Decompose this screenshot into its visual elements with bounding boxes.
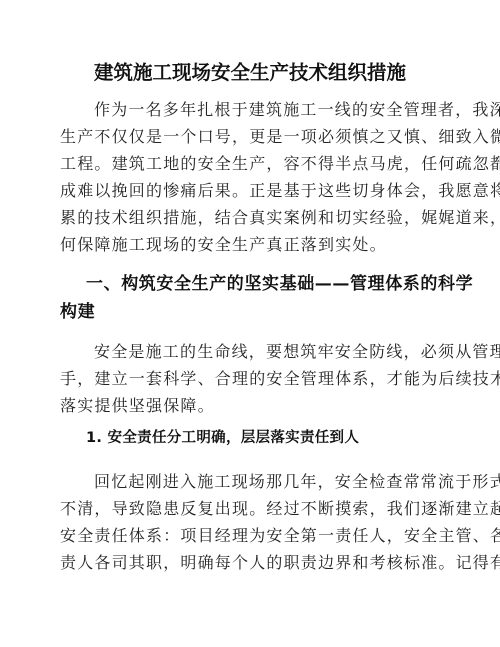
paragraph-line: 工程。建筑工地的安全生产，容不得半点马虎，任何疏忽都可能酿: [60, 154, 440, 174]
section-heading-line: 一、构筑安全生产的坚实基础——管理体系的科学: [86, 273, 473, 295]
paragraph-line: 不清，导致隐患反复出现。经过不断摸索，我们逐渐建立起清晰的: [60, 499, 440, 519]
paragraph-line: 回忆起刚进入施工现场那几年，安全检查常常流于形式，责任: [94, 472, 440, 492]
document-page: 建筑施工现场安全生产技术组织措施 作为一名多年扎根于建筑施工一线的安全管理者，我…: [0, 0, 500, 647]
subsection-heading: 1. 安全责任分工明确，层层落实责任到人: [86, 428, 359, 448]
paragraph-line: 安全责任体系：项目经理为安全第一责任人，安全主管、各工种负: [60, 526, 440, 546]
document-title: 建筑施工现场安全生产技术组织措施: [0, 59, 500, 87]
paragraph-line: 何保障施工现场的安全生产真正落到实处。: [60, 235, 440, 255]
paragraph-line: 落实提供坚强保障。: [60, 396, 440, 416]
paragraph-line: 作为一名多年扎根于建筑施工一线的安全管理者，我深知安全: [94, 100, 440, 120]
paragraph-line: 手，建立一套科学、合理的安全管理体系，才能为后续技术措施的: [60, 369, 440, 389]
section-heading-line: 构建: [60, 301, 95, 323]
paragraph-line: 安全是施工的生命线，要想筑牢安全防线，必须从管理体系入: [94, 342, 440, 362]
paragraph-line: 责人各司其职，明确每个人的职责边界和考核标准。记得有一次，: [60, 553, 440, 573]
paragraph-line: 成难以挽回的惨痛后果。正是基于这些切身体会，我愿意将多年积: [60, 181, 440, 201]
paragraph-line: 生产不仅仅是一个口号，更是一项必须慎之又慎、细致入微的系统: [60, 127, 440, 147]
paragraph-line: 累的技术组织措施，结合真实案例和切实经验，娓娓道来，讲述如: [60, 208, 440, 228]
